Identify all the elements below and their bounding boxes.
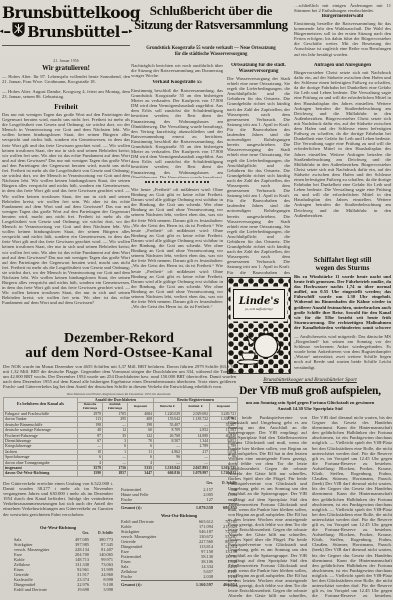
sport-headline: Der VfB muß groß aufspielen, xyxy=(228,385,392,398)
article-body: Bürgervorsteher Christ setzte sich mit N… xyxy=(294,70,391,253)
west-ost-list: Erdöl und Derivate665.61270.781Kohle171.… xyxy=(121,519,237,597)
kanal-intro: Der NOK wurde im Monat Dezember von 4655… xyxy=(3,364,236,391)
article-intro: Nachträglich berichten wir noch ausführl… xyxy=(131,63,223,79)
dotted-divider xyxy=(145,181,209,183)
storm-body: — Amtlicherseits wird mitgeteilt: Das dä… xyxy=(294,334,391,378)
article-body: Einstimmig beschloß die Ratsversammlung,… xyxy=(131,88,223,178)
article-body: Die Wasserversorgung der Stadt erhielt e… xyxy=(227,76,290,274)
freight-paragraph: Der Güterverkehr erreichte einen Umfang … xyxy=(3,481,113,523)
newspaper-page: Brunsbüttelkoog ◄▬ Brunsbüttel ▬► 21. Ja… xyxy=(0,0,393,600)
stat-row: Gesamt (t):1.079.558680.855 xyxy=(121,503,237,510)
congrats-item: — Hohes Alter. August Damke, Koogweg 4, … xyxy=(2,89,130,101)
ost-west-heading: Ost-West-Richtung xyxy=(3,525,113,530)
subhead-anfragen: Anfragen und Anregungen xyxy=(294,63,391,69)
kanal-headline-line1: Dezember-Rekord xyxy=(2,331,236,346)
article-body: Einstimmig bestellte die Ratsversammlung… xyxy=(294,21,391,61)
sport-kicker: Brunsbüttelkooger und Brunsbütteler Spor… xyxy=(228,377,392,383)
congrats-item: — Hohes Alter. Ihr 87. Lebensjahr vollen… xyxy=(2,74,130,88)
masthead-title-bottom: Brunsbüttel xyxy=(27,25,119,40)
coffee-pot-icon xyxy=(235,323,285,370)
main-headline-line1: Schlußbericht über die xyxy=(128,4,294,18)
stat-col-ges: Ges. xyxy=(65,531,89,535)
subhead-ortssatzung: Ortssatzung für die städt. Wasserversorg… xyxy=(227,63,290,75)
kanal-table: Es befuhren den Kanal alsAnzahl der Durc… xyxy=(3,397,238,477)
storm-headline-line1: Schiffahrt liegt still xyxy=(294,256,391,264)
main-headline-line2: Sitzung der Ratsversammlung xyxy=(128,18,294,32)
ad-slogan: ja, echt kaffeefertig! xyxy=(245,307,272,311)
freiheit-body: Das nur mit wenigen Tagen das große Wort… xyxy=(2,112,130,327)
ad-sign: Linde's ja, echt kaffeefertig! xyxy=(233,289,285,319)
ad-brand: Linde's xyxy=(239,297,279,307)
article-body: …schließlich mit einigen Änderungen mit … xyxy=(294,3,391,13)
masthead-title-top: Brunsbüttelkoog xyxy=(2,5,130,21)
freight-list-top: Futtermittel2.157948Häute und Felle2.005… xyxy=(121,487,237,511)
ost-west-list: Salz497.085380.773Stückgüter397.98587.34… xyxy=(14,537,113,597)
congrats-heading: Wir gratulieren! xyxy=(2,65,130,72)
sport-subtitle-line2: Anstoß 14.30 Uhr Sportplatz Süd xyxy=(228,406,392,411)
west-ost-heading: West-Ost-Richtung xyxy=(121,513,237,518)
freiheit-heading: Freiheit xyxy=(2,103,130,111)
masthead: Brunsbüttelkoog ◄▬ Brunsbüttel ▬► xyxy=(2,5,130,46)
stat-row: Fische2.0381.168 xyxy=(121,574,237,579)
freiheit-continued: Wie heute „Freiheit“ oft mißdeutet wird:… xyxy=(131,187,223,327)
stat-row: Erdöl und Derivate19.6983.998 xyxy=(14,587,113,592)
date-line: 21. Januar 1956 xyxy=(2,58,130,63)
stat-columns-header: Ges. D. Schiffe xyxy=(14,531,113,535)
subhead-buergermeisterwahl: Bürgermeisterwahl xyxy=(294,14,391,20)
sport-column-1: Für beide Punktspielvereine von Glücksta… xyxy=(228,415,307,598)
sport-subtitle-line1: um am Sonntag sein Spiel gegen Fortuna G… xyxy=(228,400,392,405)
stat-columns-header: Ges. D. Schiffe xyxy=(121,481,237,485)
storm-headline-line2: wegen des Sturms xyxy=(294,264,391,272)
stat-row: Gesamt (t):1.160.597466.954 xyxy=(121,580,237,587)
ornament-left-icon: ◄▬ xyxy=(0,29,10,35)
main-subtitle-line2: für die städtische Wasserversorgung xyxy=(128,52,294,57)
table-note: Durchfahrten und Brutto-Registertonnen i… xyxy=(2,392,236,396)
stat-row: Fische12727 xyxy=(121,497,237,502)
subhead-verkauf: Verkauf Koogstraße 55 xyxy=(131,80,223,86)
main-subtitle-line1: Grundstück Koogstraße 55 wurde verkauft … xyxy=(128,46,294,51)
stat-col-dschiffe: D. Schiffe xyxy=(89,531,113,535)
storm-lead: Bis zu Windstärke 11 wurde heute nacht u… xyxy=(294,274,391,331)
table-row: davon Ost-West-Richtung159018573447660.8… xyxy=(4,471,238,476)
lindes-advertisement: Linde's ja, echt kaffeefertig! xyxy=(227,277,291,374)
table-row: Fahrgast- und Frachtschiffe2979170546841… xyxy=(4,412,238,417)
kanal-headline-line2: auf dem Nord-Ostsee-Kanal xyxy=(2,345,236,361)
sport-column-2: Der VfB darf diesmal nicht warten, bis d… xyxy=(312,415,392,598)
coat-of-arms-icon xyxy=(12,22,25,42)
stat-col-ges: Ges. xyxy=(189,481,213,485)
